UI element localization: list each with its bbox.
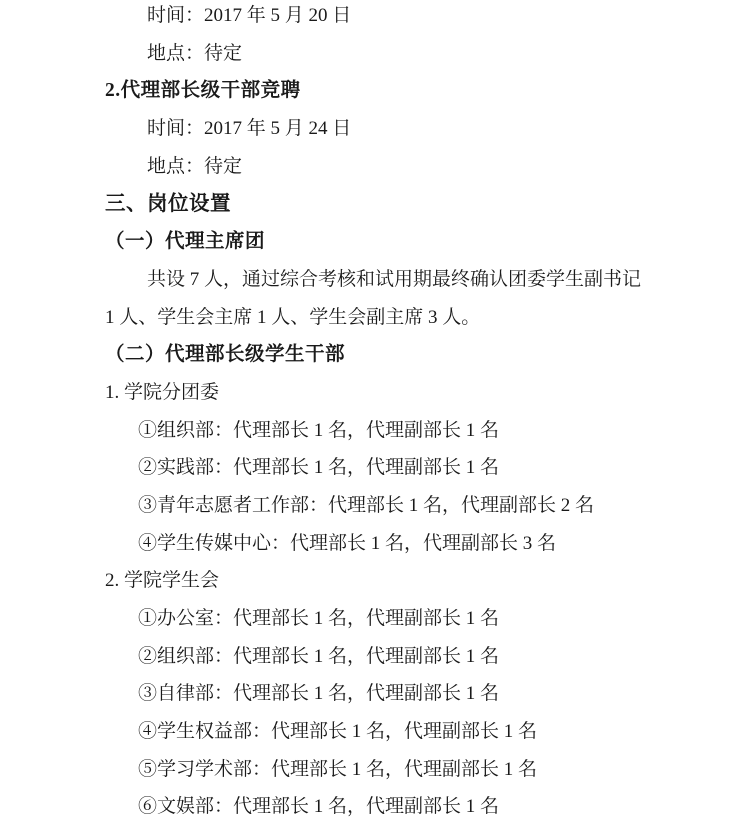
document-line: 地点：待定 (147, 148, 730, 186)
document-line: ④学生权益部：代理部长 1 名，代理副部长 1 名 (138, 713, 730, 751)
document-line: （二）代理部长级学生干部 (105, 336, 730, 374)
document-line: 地点：待定 (147, 35, 730, 73)
document-line: 2.代理部长级干部竞聘 (105, 72, 730, 110)
document-page: 时间：2017 年 5 月 20 日地点：待定2.代理部长级干部竞聘时间：201… (0, 0, 730, 823)
document-line: ③青年志愿者工作部：代理部长 1 名，代理副部长 2 名 (138, 487, 730, 525)
document-line: 时间：2017 年 5 月 20 日 (147, 0, 730, 35)
document-line: ①组织部：代理部长 1 名，代理副部长 1 名 (138, 412, 730, 450)
document-line: 共设 7 人，通过综合考核和试用期最终确认团委学生副书记 (147, 261, 730, 299)
document-line: 三、岗位设置 (105, 185, 730, 223)
document-line: ③自律部：代理部长 1 名，代理副部长 1 名 (138, 675, 730, 713)
document-line: ④学生传媒中心：代理部长 1 名，代理副部长 3 名 (138, 525, 730, 563)
document-line: ⑤学习学术部：代理部长 1 名，代理副部长 1 名 (138, 751, 730, 789)
document-line: ②组织部：代理部长 1 名，代理副部长 1 名 (138, 638, 730, 676)
document-line: 2. 学院学生会 (105, 562, 730, 600)
document-line: 时间：2017 年 5 月 24 日 (147, 110, 730, 148)
document-body: 时间：2017 年 5 月 20 日地点：待定2.代理部长级干部竞聘时间：201… (0, 0, 730, 823)
document-line: （一）代理主席团 (105, 223, 730, 261)
document-line: ①办公室：代理部长 1 名，代理副部长 1 名 (138, 600, 730, 638)
document-line: 1 人、学生会主席 1 人、学生会副主席 3 人。 (105, 299, 730, 337)
document-line: ⑥文娱部：代理部长 1 名，代理副部长 1 名 (138, 788, 730, 823)
document-line: 1. 学院分团委 (105, 374, 730, 412)
document-line: ②实践部：代理部长 1 名，代理副部长 1 名 (138, 449, 730, 487)
